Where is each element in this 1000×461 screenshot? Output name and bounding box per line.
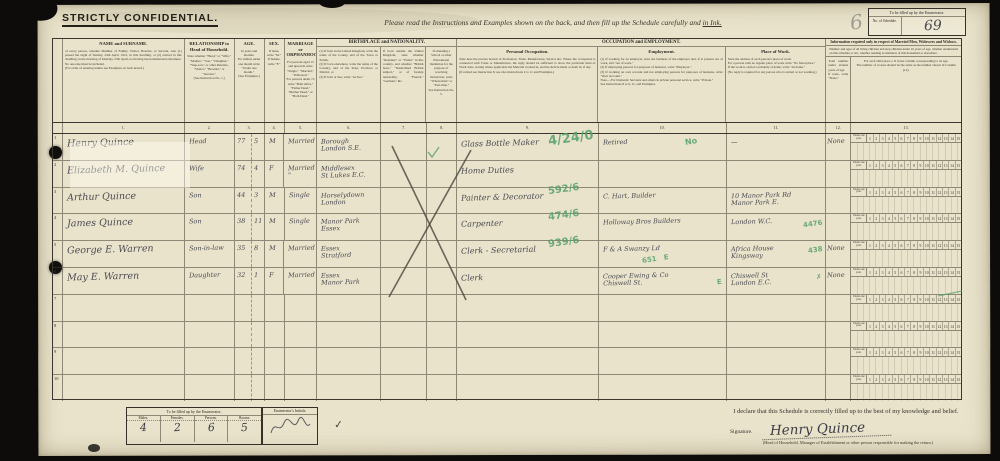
birthplace-cell: Middlesex St Lukes E.C.: [317, 161, 381, 187]
nationality-cell: [381, 322, 427, 348]
sex-cell: M: [265, 134, 285, 160]
column-number: 5.: [285, 123, 318, 133]
age-grid-number: 15: [956, 214, 961, 222]
marriage-value: Married: [284, 134, 316, 146]
employment-cell: Cooper Ewing & Co Chiswell St.E: [599, 268, 727, 294]
row-number: 5: [54, 242, 56, 247]
sex-cell: F: [265, 161, 285, 187]
marriage-value: Married ": [284, 160, 316, 180]
children-total-cell: None: [826, 134, 851, 160]
age-grid-under-one-label: Under one year.: [851, 295, 867, 303]
age-years-cell: [235, 322, 252, 348]
children-ages-column-text: For each child place a X in the column c…: [853, 59, 959, 72]
rooms-total: Rooms.5: [228, 416, 261, 442]
row-number-cell: 10: [53, 375, 63, 401]
birthplace-value: [317, 348, 380, 354]
marriage-value: Married: [284, 241, 316, 253]
column-number: 8.: [427, 123, 457, 133]
name-value: [63, 374, 184, 381]
place-of-work-value: 10 Manor Park Rd Manor Park E.: [726, 186, 825, 208]
name-cell: Henry Quince: [63, 134, 185, 160]
birthplace-value: Manor Park Essex: [317, 214, 380, 235]
age-grid-strip: Under one year.123456789101112131415: [851, 188, 961, 197]
relationship-value: [185, 348, 234, 353]
age-grid-under-one-label: Under one year.: [851, 322, 867, 330]
age-years-cell: [235, 375, 252, 401]
employment-cell: [599, 375, 727, 401]
males-total: Males.4: [127, 416, 161, 442]
name-cell: [63, 322, 185, 348]
place-of-work-value: [726, 293, 825, 300]
age-grid-under-one-label: Under one year.: [851, 241, 867, 249]
row-number-cell: 7: [53, 295, 63, 321]
age-grid-strip: Under one year.123456789101112131415: [851, 134, 961, 143]
employment-value: Retired: [599, 132, 726, 147]
age-years-cell: 44: [235, 188, 252, 214]
age-grid-under-one-label: Under one year.: [851, 348, 867, 356]
schedule-number-box: To be filled up by the Enumerator. No. o…: [868, 8, 966, 36]
employment-column-header: Employment. (1) If working for an employ…: [598, 47, 725, 122]
age-grid-under-one-label: Under one year.: [851, 134, 867, 142]
age-months-value: 8: [251, 241, 263, 253]
children-ages-grid: Under one year.123456789101112131415: [851, 188, 961, 214]
nationality-cell: [381, 188, 427, 214]
marriage-cell: [285, 375, 318, 401]
table-row: 8 Under one year.123456789101112131415: [53, 322, 961, 349]
nationality-cell: [381, 214, 427, 240]
place-of-work-value: [726, 374, 825, 381]
column-number: 13.: [851, 123, 961, 133]
age-months-value: 11: [251, 214, 263, 226]
employment-value: [599, 320, 726, 327]
relationship-value: Head: [185, 133, 234, 146]
education-cell: [427, 134, 457, 160]
children-total-cell: [826, 348, 851, 374]
children-ages-column-header: For each child place a X in the column c…: [851, 57, 961, 122]
education-cell: [427, 268, 457, 294]
nationality-cell: [381, 134, 427, 160]
children-ages-grid: Under one year.123456789101112131415: [851, 295, 961, 321]
name-cell: George E. Warren: [63, 241, 185, 267]
place-of-work-cell: [727, 295, 827, 321]
education-cell: [427, 241, 457, 267]
sex-cell: [265, 295, 285, 321]
birthplace-cell: [317, 348, 381, 374]
birthplace-value: Middlesex St Lukes E.C.: [317, 160, 380, 181]
marriage-value: Single: [284, 214, 316, 226]
occupation-group-header: OCCUPATION and EMPLOYMENT. Personal Occu…: [457, 39, 826, 122]
enumerator-totals-box: To be filled up by the Enumerator. Males…: [126, 407, 262, 445]
declaration-text: I declare that this Schedule is correctl…: [712, 408, 980, 415]
employment-cell: [599, 322, 727, 348]
sex-value: F: [264, 161, 283, 173]
females-value: 2: [160, 420, 194, 435]
name-value: [63, 347, 184, 354]
marriage-cell: [285, 295, 318, 321]
schedule-number-label: No. of Schedule.: [869, 17, 902, 36]
enumerator-initials-box: Enumerator's Initials.: [262, 407, 318, 445]
age-grid-under-one-label: Under one year.: [851, 375, 867, 383]
marriage-cell: Married: [284, 268, 317, 294]
relationship-cell: Son: [185, 188, 235, 214]
column-number: 10.: [599, 123, 727, 133]
name-cell: Elizabeth M. Quince: [63, 161, 185, 187]
column-number: 1.: [63, 123, 185, 133]
occupation-value: [457, 293, 598, 301]
name-value: Arthur Quince: [63, 186, 184, 204]
sex-column-title: SEX.: [267, 41, 282, 47]
table-body: 1 Henry Quince Head 77 5 M Married Borou…: [53, 134, 961, 401]
row-number-cell: 4: [53, 214, 63, 240]
table-row: 3 Arthur Quince Son 44 3 M Single Horsel…: [53, 188, 961, 215]
place-of-work-value: [727, 160, 826, 167]
name-cell: [63, 295, 185, 321]
sex-value: M: [264, 241, 283, 253]
age-months-value: [252, 295, 264, 299]
nationality-column-header: If born outside the United Kingdom, stat…: [381, 47, 427, 122]
children-total-column-header: Total number under sixteen years of age.…: [826, 57, 851, 122]
birthplace-cell: Horselydown London: [317, 188, 381, 214]
sex-value: M: [264, 214, 283, 226]
children-ages-grid: Under one year.123456789101112131415: [851, 241, 961, 267]
occupation-cell: [457, 322, 599, 348]
children-total-cell: [826, 161, 851, 187]
birthplace-cell: [317, 375, 381, 401]
sex-value: [264, 295, 283, 299]
sex-value: M: [264, 134, 283, 146]
name-value: Henry Quince: [63, 132, 184, 150]
age-grid-strip: Under one year.123456789101112131415: [851, 348, 961, 357]
employment-cell: Holloway Bros Builders: [599, 214, 727, 240]
row-number-cell: 9: [53, 348, 63, 374]
column-number: 11.: [727, 123, 827, 133]
column-number: 7.: [381, 123, 427, 133]
age-grid-strip: Under one year.123456789101112131415: [851, 214, 961, 223]
row-number: 8: [54, 323, 56, 328]
employment-code-mark: E: [716, 278, 722, 287]
name-value: [63, 320, 184, 327]
sex-value: [264, 375, 283, 379]
marriage-cell: Married: [284, 241, 317, 267]
relationship-cell: Daughter: [185, 268, 235, 294]
name-value: [63, 293, 184, 300]
sex-cell: M: [265, 241, 285, 267]
occupation-column-header: Personal Occupation. State here the prec…: [457, 47, 598, 122]
birthplace-value: Essex Stratford: [317, 240, 380, 261]
age-months-cell: 5: [252, 134, 265, 160]
name-cell: James Quince: [63, 214, 185, 240]
sex-value: [264, 348, 283, 352]
occupation-value: Home Duties: [457, 159, 598, 176]
name-column-title: NAME and SURNAME.: [65, 41, 182, 47]
age-years-value: 38: [234, 214, 250, 226]
employment-value: [599, 374, 726, 381]
children-total-cell: [826, 295, 851, 321]
children-group-title: Information required only in respect of …: [826, 39, 961, 46]
birthplace-cell: Essex Stratford: [317, 241, 381, 267]
age-grid-number: 15: [956, 188, 961, 196]
education-cell: [427, 348, 457, 374]
occupation-cell: Clerk: [457, 268, 599, 294]
age-grid-strip: Under one year.123456789101112131415: [851, 241, 961, 250]
column-number: 12.: [826, 123, 851, 133]
age-years-value: 32: [234, 268, 250, 280]
age-grid-number: 15: [956, 134, 961, 142]
age-column-header: AGE. In years and months. For infants un…: [235, 39, 265, 122]
age-grid-under-one-label: Under one year.: [851, 188, 867, 196]
occupation-group-title: OCCUPATION and EMPLOYMENT.: [457, 39, 825, 47]
sex-column-header: SEX. If male, write "M." If female, writ…: [265, 39, 285, 122]
employment-value: [599, 159, 726, 166]
row-number: 1: [54, 135, 56, 140]
children-total-value: None: [826, 268, 850, 280]
employment-cell: F & A Swanzy Ld651 E: [599, 241, 727, 267]
rooms-value: 5: [228, 420, 262, 435]
age-years-value: [235, 295, 251, 299]
column-number: 6.: [317, 123, 381, 133]
row-number-cell: 2: [53, 161, 63, 187]
employment-code-mark: 651 E: [641, 254, 669, 266]
age-grid-strip: Under one year.123456789101112131415: [851, 322, 961, 331]
birthplace-cell: Manor Park Essex: [317, 214, 381, 240]
age-grid-number: 15: [956, 268, 961, 276]
scan-artifact: [88, 444, 100, 452]
relationship-value: Son: [185, 214, 234, 227]
age-years-cell: 77: [235, 134, 252, 160]
row-number: 3: [54, 189, 56, 194]
relationship-cell: Son: [185, 214, 235, 240]
nationality-cell: [381, 348, 427, 374]
age-years-cell: 74: [235, 161, 252, 187]
marriage-value: [284, 348, 316, 353]
education-column-text: If attending a School or other Education…: [428, 49, 454, 96]
relationship-value: Son-in-law: [185, 241, 234, 254]
age-months-cell: [252, 322, 265, 348]
children-total-value: [826, 375, 850, 380]
marriage-cell: [285, 322, 318, 348]
marriage-value: [284, 375, 316, 380]
age-grid-number: 15: [956, 241, 961, 249]
age-months-cell: 8: [252, 241, 265, 267]
marriage-column-text: For persons aged 15 and upwards write "S…: [287, 60, 315, 99]
name-cell: [63, 375, 185, 401]
children-total-value: [826, 321, 850, 326]
relationship-column-header: RELATIONSHIP to Head of Household. State…: [185, 39, 235, 122]
age-grid-number: 15: [956, 375, 961, 383]
employment-value: F & A Swanzy Ld: [599, 240, 726, 255]
age-grid-under-one-label: Under one year.: [851, 268, 867, 276]
sex-value: F: [264, 268, 283, 280]
children-ages-grid: Under one year.123456789101112131415: [851, 348, 961, 374]
birthplace-value: Essex Manor Park: [317, 267, 380, 288]
table-row: 4 James Quince Son 38 11 M Single Manor …: [53, 214, 961, 241]
persons-value: 6: [194, 420, 228, 435]
nationality-cell: [381, 268, 427, 294]
place-of-work-cell: [727, 322, 827, 348]
children-group-header: Information required only in respect of …: [826, 39, 961, 122]
persons-total: Persons.6: [195, 416, 229, 442]
relationship-cell: Head: [185, 134, 235, 160]
age-column-text: In years and months. For infants under o…: [237, 49, 262, 79]
marriage-cell: Married: [284, 134, 317, 160]
age-years-value: 35: [234, 241, 250, 253]
row-number-cell: 6: [53, 268, 63, 294]
employment-value: C. Hart, Builder: [599, 186, 726, 201]
sex-cell: [265, 322, 285, 348]
nationality-cell: [381, 241, 427, 267]
marriage-cell: [285, 348, 318, 374]
children-ages-grid: Under one year.123456789101112131415: [851, 322, 961, 348]
signature-handwriting: Henry Quince: [762, 419, 892, 440]
row-number-cell: 3: [53, 188, 63, 214]
employment-value: Holloway Bros Builders: [599, 213, 726, 228]
occupation-cell: [457, 348, 599, 374]
column-number: 2.: [185, 123, 235, 133]
pencil-mark: 6: [848, 9, 864, 35]
birthplace-value: [317, 374, 380, 380]
employment-cell: C. Hart, Builder: [599, 188, 727, 214]
place-of-work-cell: 10 Manor Park Rd Manor Park E.: [727, 188, 827, 214]
enumerator-box-title: To be filled up by the Enumerator.: [127, 408, 261, 416]
place-of-work-column-text: State the address of each person's place…: [728, 57, 824, 74]
nationality-cell: [381, 375, 427, 401]
age-column-title: AGE.: [237, 41, 262, 47]
row-number-cell: 1: [53, 134, 63, 160]
age-months-value: [252, 321, 264, 325]
age-months-cell: 1: [252, 268, 265, 294]
table-row: 10 Under one year.123456789101112131415: [53, 375, 961, 401]
relationship-value: Son: [185, 187, 234, 200]
employment-cell: RetiredNo: [599, 134, 727, 160]
sex-cell: [265, 375, 285, 401]
row-number: 9: [54, 349, 56, 354]
sex-cell: F: [265, 268, 285, 294]
marriage-value: [284, 294, 316, 299]
children-total-value: [826, 160, 850, 165]
occupation-cell: [457, 295, 599, 321]
education-cell: [427, 322, 457, 348]
age-years-value: [235, 348, 251, 352]
place-of-work-cell: London W.C.4476: [727, 214, 827, 240]
sex-column-text: If male, write "M." If female, write "F.…: [267, 49, 282, 66]
age-years-cell: 35: [235, 241, 252, 267]
employment-column-text: (1) If working for an employer, state th…: [600, 57, 722, 87]
age-months-value: [252, 348, 264, 352]
table-row: 7 Under one year.123456789101112131415: [53, 295, 961, 322]
place-of-work-cell: [727, 375, 827, 401]
birthplace-cell: [317, 322, 381, 348]
age-months-cell: [252, 295, 265, 321]
name-cell: [63, 348, 185, 374]
children-total-value: [826, 187, 850, 192]
education-cell: [427, 161, 457, 187]
instruction-emphasis: in Ink.: [703, 18, 722, 27]
name-cell: May E. Warren: [63, 268, 185, 294]
nationality-cell: [381, 161, 427, 187]
education-cell: [427, 295, 457, 321]
age-years-cell: [235, 295, 252, 321]
name-cell: Arthur Quince: [63, 188, 185, 214]
schedule-number-value: 69: [924, 17, 942, 35]
place-of-work-value: [726, 320, 825, 327]
relationship-cell: Son-in-law: [185, 241, 235, 267]
employment-cell: [599, 295, 727, 321]
marriage-value: [284, 321, 316, 326]
relationship-cell: Wife: [185, 161, 235, 187]
occupation-value: [457, 373, 598, 381]
age-months-value: 4: [251, 161, 263, 173]
signature-label: Signature.: [730, 429, 752, 435]
employment-cell: [599, 348, 727, 374]
employment-column-title: Employment.: [600, 49, 722, 55]
education-cell: [427, 214, 457, 240]
birthplace-cell: Borough London S.E.: [317, 134, 381, 160]
age-grid-number: 15: [956, 161, 961, 169]
census-table: NAME and SURNAME. of every person, wheth…: [52, 38, 962, 400]
schedule-box-title: To be filled up by the Enumerator.: [869, 9, 965, 17]
marriage-column-header: MARRIAGE or ORPHANHOOD. For persons aged…: [285, 39, 318, 122]
birthplace-column-text: (1) If born in the United Kingdom, write…: [319, 49, 377, 79]
fill-in-instruction: Please read the Instructions and Example…: [328, 18, 778, 27]
age-years-value: 74: [234, 161, 250, 173]
scanned-census-schedule: STRICTLY CONFIDENTIAL. Please read the I…: [0, 0, 1000, 461]
column-number: [53, 123, 63, 133]
row-number: 2: [54, 162, 56, 167]
age-years-value: 44: [234, 187, 250, 199]
instruction-text: Please read the Instructions and Example…: [384, 18, 702, 27]
relationship-value: [185, 375, 234, 380]
place-of-work-cell: [727, 348, 827, 374]
marriage-cell: Married ": [284, 161, 317, 187]
children-ages-grid: Under one year.123456789101112131415: [851, 134, 961, 160]
occupation-column-title: Personal Occupation.: [459, 49, 595, 55]
name-value: May E. Warren: [63, 266, 184, 284]
name-value: George E. Warren: [63, 240, 184, 258]
age-months-cell: 3: [252, 188, 265, 214]
signature-note: (Head of Household, Manager of Establish…: [718, 440, 978, 445]
place-of-work-cell: —: [727, 134, 827, 160]
birthplace-cell: [317, 295, 381, 321]
relationship-column-text: State whether "Head," or "Wife," "Mother…: [187, 54, 232, 80]
age-years-cell: [235, 348, 252, 374]
relationship-value: [185, 321, 234, 326]
occupation-value: [457, 320, 598, 328]
children-total-value: [826, 294, 850, 299]
row-number: 7: [54, 296, 56, 301]
table-row: 2 Elizabeth M. Quince Wife 74 4 F Marrie…: [53, 161, 961, 188]
nationality-cell: [381, 295, 427, 321]
age-grid-number: 15: [956, 348, 961, 356]
education-column-header: If attending a School or other Education…: [426, 47, 456, 122]
age-years-value: [235, 375, 251, 379]
sex-value: M: [264, 187, 283, 199]
children-total-cell: [826, 188, 851, 214]
age-months-value: 1: [251, 268, 263, 280]
occupation-value: Clerk: [457, 266, 598, 283]
age-months-value: 5: [251, 134, 263, 146]
children-total-cell: None: [826, 241, 851, 267]
children-group-text: Number and ages of all living children a…: [826, 46, 961, 57]
relationship-cell: [185, 348, 235, 374]
age-grid-under-one-label: Under one year.: [851, 214, 867, 222]
age-grid-number: 15: [956, 322, 961, 330]
relationship-value: Wife: [185, 160, 234, 173]
name-value: Elizabeth M. Quince: [63, 159, 184, 177]
row-number: 6: [54, 269, 56, 274]
age-months-cell: 4: [252, 161, 265, 187]
age-grid-under-one-label: Under one year.: [851, 161, 867, 169]
birthplace-value: Horselydown London: [317, 187, 380, 208]
